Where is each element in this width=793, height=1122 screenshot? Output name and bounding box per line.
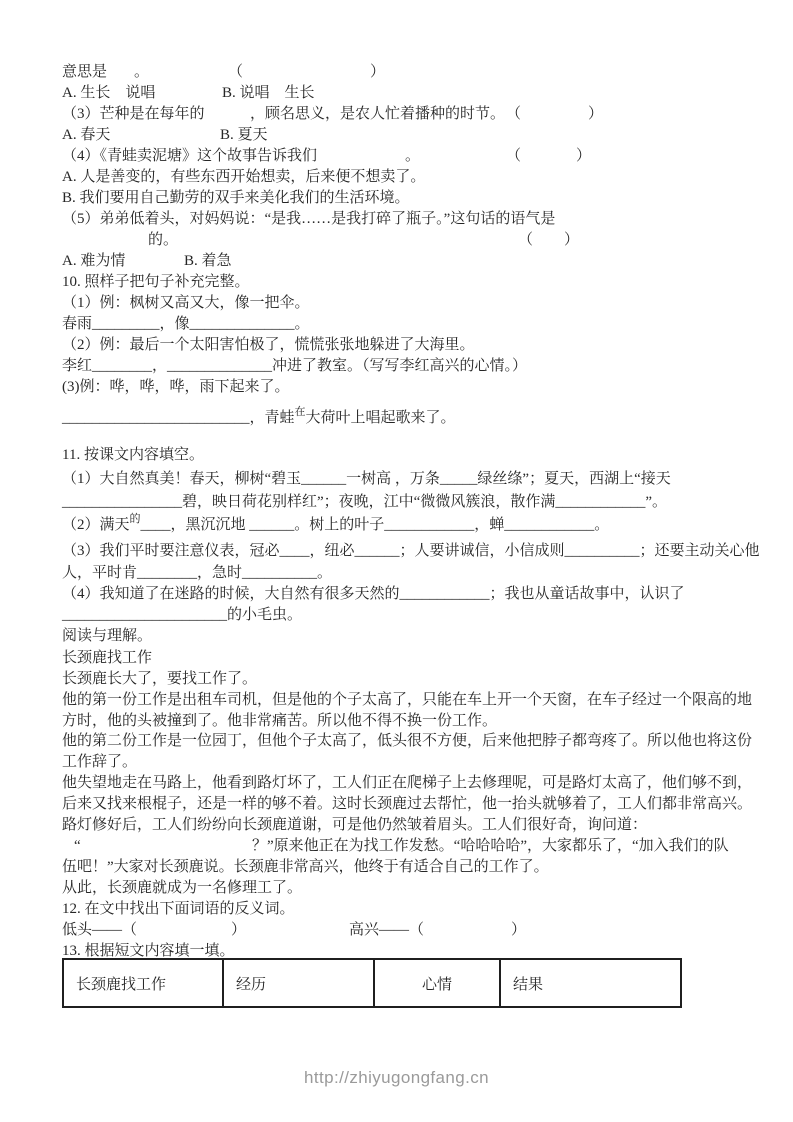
- text-segment: 10. 照样子把句子补充完整。: [62, 274, 250, 290]
- text-segment: ________________碧，映日荷花别样红”；夜晚，江中“微微风簇浪，散…: [62, 494, 667, 510]
- text-line: 长颈鹿长大了，要找工作了。: [62, 669, 793, 690]
- text-line: A. 人是善变的，有些东西开始想卖，后来便不想卖了。: [62, 167, 793, 188]
- text-line: 方时，他的头被撞到了。他非常痛苦。所以他不得不换一份工作。: [62, 711, 793, 732]
- text-segment: A. 生长 说唱: [62, 85, 155, 101]
- text-segment: B. 夏天: [220, 125, 268, 145]
- text-segment: 阅读与理解。: [62, 628, 152, 644]
- table-row: 长颈鹿找工作经历心情结果: [63, 959, 681, 1007]
- text-segment: （2）例：最后一个太阳害怕极了，慌慌张张地躲进了大海里。: [62, 337, 475, 353]
- text-segment: 11. 按课文内容填空。: [62, 447, 204, 463]
- text-segment: 从此，长颈鹿就成为一名修理工了。: [62, 880, 302, 896]
- text-line: （1）例：枫树又高又大，像一把伞。: [62, 293, 793, 314]
- text-line: 长颈鹿找工作: [62, 648, 793, 669]
- text-segment: （5）弟弟低着头，对妈妈说：“是我……是我打碎了瓶子。”这句话的语气是: [62, 211, 555, 227]
- text-segment: 大荷叶上唱起歌来了。: [306, 410, 456, 426]
- text-segment: （1）例：枫树又高又大，像一把伞。: [62, 295, 310, 311]
- text-line: （4）我知道了在迷路的时候，大自然有很多天然的____________；我也从童…: [62, 584, 793, 605]
- text-segment: （1）大自然真美！春天，柳树“碧玉______一树高 ，万条_____绿丝绦”；…: [62, 471, 671, 487]
- text-segment: 的。: [148, 230, 178, 250]
- text-segment: (3)例：哗，哗，哗，雨下起来了。: [62, 379, 290, 395]
- text-segment: 。: [405, 146, 420, 166]
- text-line: 阅读与理解。: [62, 626, 793, 647]
- text-segment: （: [518, 230, 533, 250]
- text-segment: ______________________的小毛虫。: [62, 607, 302, 623]
- text-segment: （4）我知道了在迷路的时候，大自然有很多天然的____________；我也从童…: [62, 586, 685, 602]
- text-line: 的。（）: [62, 230, 793, 251]
- table-cell: 长颈鹿找工作: [63, 959, 223, 1007]
- text-line: 10. 照样子把句子补充完整。: [62, 272, 793, 293]
- text-line: 他的第一份工作是出租车司机，但是他的个子太高了，只能在车上开一个天窗，在车子经过…: [62, 690, 793, 711]
- text-line: 路灯修好后，工人们纷纷向长颈鹿道谢，可是他仍然皱着眉头。工人们很好奇，询问道：: [62, 815, 793, 836]
- table-cell: 心情: [374, 959, 500, 1007]
- text-segment: _________________________，青蛙: [62, 410, 295, 426]
- text-line: A. 春天B. 夏天: [62, 125, 793, 146]
- text-segment: 低头——（: [62, 922, 137, 938]
- text-segment: （4）《青蛙卖泥塘》这个故事告诉我们: [62, 148, 317, 164]
- text-line: 从此，长颈鹿就成为一名修理工了。: [62, 878, 793, 899]
- text-line: （1）大自然真美！春天，柳树“碧玉______一树高 ，万条_____绿丝绦”；…: [62, 469, 793, 490]
- text-segment: 他的第一份工作是出租车司机，但是他的个子太高了，只能在车上开一个天窗，在车子经过…: [62, 692, 752, 708]
- text-line: （2）例：最后一个太阳害怕极了，慌慌张张地躲进了大海里。: [62, 335, 793, 356]
- text-line: (3)例：哗，哗，哗，雨下起来了。: [62, 377, 793, 398]
- text-segment: 方时，他的头被撞到了。他非常痛苦。所以他不得不换一份工作。: [62, 713, 497, 729]
- table-cell: 结果: [500, 959, 681, 1007]
- text-line: 他失望地走在马路上，他看到路灯坏了，工人们正在爬梯子上去修理呢，可是路灯太高了，…: [62, 773, 793, 794]
- text-line: 12. 在文中找出下面词语的反义词。: [62, 899, 793, 920]
- text-line: 李红________，______________冲进了教室。（写写李红高兴的心…: [62, 356, 793, 377]
- text-segment: 路灯修好后，工人们纷纷向长颈鹿道谢，可是他仍然皱着眉头。工人们很好奇，询问道：: [62, 817, 647, 833]
- text-segment: ）: [576, 146, 591, 166]
- text-segment: 工作辞了。: [62, 754, 137, 770]
- text-line: A. 生长 说唱B. 说唱 生长: [62, 83, 793, 104]
- text-line: （3）我们平时要注意仪表，冠必____，纽必______；人要讲诚信，小信成则_…: [62, 541, 793, 562]
- text-segment: 长颈鹿长大了，要找工作了。: [62, 671, 257, 687]
- text-line: （2）满天的____，黑沉沉地 ______。树上的叶子____________…: [62, 515, 793, 536]
- text-line: 他的第二份工作是一位园丁，但他个子太高了，低头很不方便，后来他把脖子都弯疼了。所…: [62, 731, 793, 752]
- text-line: 工作辞了。: [62, 752, 793, 773]
- text-segment: 伍吧！”大家对长颈鹿说。长颈鹿非常高兴，他终于有适合自己的工作了。: [62, 859, 549, 875]
- text-line: _________________________，青蛙在大荷叶上唱起歌来了。: [62, 408, 793, 429]
- text-segment: （: [228, 62, 243, 82]
- superscript-char: 在: [295, 406, 306, 418]
- text-segment: （3）我们平时要注意仪表，冠必____，纽必______；人要讲诚信，小信成则_…: [62, 543, 760, 559]
- text-line: “？”原来他正在为找工作发愁。“哈哈哈哈”，大家都乐了，“加入我们的队: [62, 836, 793, 857]
- text-line: （3）芒种是在每年的，顾名思义，是农人忙着播种的时节。（）: [62, 104, 793, 125]
- text-segment: （: [506, 146, 521, 166]
- text-segment: （: [506, 104, 521, 124]
- text-line: 后来又找来根棍子，还是一样的够不着。这时长颈鹿过去帮忙，他一抬头就够着了，工人们…: [62, 794, 793, 815]
- text-segment: ____，黑沉沉地 ______。树上的叶子____________，蝉____…: [141, 517, 610, 533]
- text-line: （4）《青蛙卖泥塘》这个故事告诉我们。（）: [62, 146, 793, 167]
- text-segment: 13. 根据短文内容填一填。: [62, 943, 235, 959]
- text-segment: A. 春天: [62, 127, 110, 143]
- text-segment: 人，平时肯________，急时__________。: [62, 565, 332, 581]
- text-segment: 他的第二份工作是一位园丁，但他个子太高了，低头很不方便，后来他把脖子都弯疼了。所…: [62, 733, 752, 749]
- text-segment: 李红________，______________冲进了教室。（写写李红高兴的心…: [62, 358, 527, 374]
- text-segment: 春雨_________，像______________。: [62, 316, 310, 332]
- text-line: 低头——（）高兴——（）: [62, 920, 793, 941]
- text-line: B. 我们要用自己勤劳的双手来美化我们的生活环境。: [62, 188, 793, 209]
- text-line: 11. 按课文内容填空。: [62, 445, 793, 466]
- text-segment: 。: [134, 62, 149, 82]
- table-cell: 经历: [223, 959, 374, 1007]
- text-segment: ，顾名思义，是农人忙着播种的时节。: [250, 104, 505, 124]
- text-line: ________________碧，映日荷花别样红”；夜晚，江中“微微风簇浪，散…: [62, 492, 793, 513]
- text-line: ______________________的小毛虫。: [62, 605, 793, 626]
- text-segment: ）: [511, 920, 526, 940]
- text-segment: ）: [231, 920, 246, 940]
- text-segment: “: [74, 836, 81, 856]
- footer-watermark-url: http://zhiyugongfang.cn: [0, 1068, 793, 1088]
- text-segment: ）: [370, 62, 385, 82]
- text-line: A. 难为情B. 着急: [62, 251, 793, 272]
- text-segment: 意思是: [62, 64, 107, 80]
- text-segment: B. 着急: [184, 251, 232, 271]
- text-segment: ）: [564, 230, 579, 250]
- text-segment: 长颈鹿找工作: [62, 650, 152, 666]
- text-segment: 12. 在文中找出下面词语的反义词。: [62, 901, 295, 917]
- text-segment: 后来又找来根棍子，还是一样的够不着。这时长颈鹿过去帮忙，他一抬头就够着了，工人们…: [62, 796, 752, 812]
- text-line: 伍吧！”大家对长颈鹿说。长颈鹿非常高兴，他终于有适合自己的工作了。: [62, 857, 793, 878]
- text-segment: B. 说唱 生长: [222, 83, 315, 103]
- text-line: 春雨_________，像______________。: [62, 314, 793, 335]
- text-line: 意思是。（）: [62, 62, 793, 83]
- text-line: （5）弟弟低着头，对妈妈说：“是我……是我打碎了瓶子。”这句话的语气是: [62, 209, 793, 230]
- text-segment: A. 人是善变的，有些东西开始想卖，后来便不想卖了。: [62, 169, 425, 185]
- text-segment: A. 难为情: [62, 253, 125, 269]
- story-summary-table: 长颈鹿找工作经历心情结果: [62, 958, 682, 1008]
- text-segment: （3）芒种是在每年的: [62, 106, 205, 122]
- text-segment: B. 我们要用自己勤劳的双手来美化我们的生活环境。: [62, 190, 410, 206]
- text-segment: ）: [588, 104, 603, 124]
- text-line: 人，平时肯________，急时__________。: [62, 563, 793, 584]
- text-segment: ？”原来他正在为找工作发愁。“哈哈哈哈”，大家都乐了，“加入我们的队: [252, 836, 729, 856]
- worksheet-body: 意思是。（）A. 生长 说唱B. 说唱 生长（3）芒种是在每年的，顾名思义，是农…: [62, 0, 793, 1122]
- text-segment: 他失望地走在马路上，他看到路灯坏了，工人们正在爬梯子上去修理呢，可是路灯太高了，…: [62, 775, 752, 791]
- text-segment: （2）满天: [62, 517, 130, 533]
- superscript-char: 的: [130, 513, 141, 525]
- text-segment: 高兴——（: [349, 920, 424, 940]
